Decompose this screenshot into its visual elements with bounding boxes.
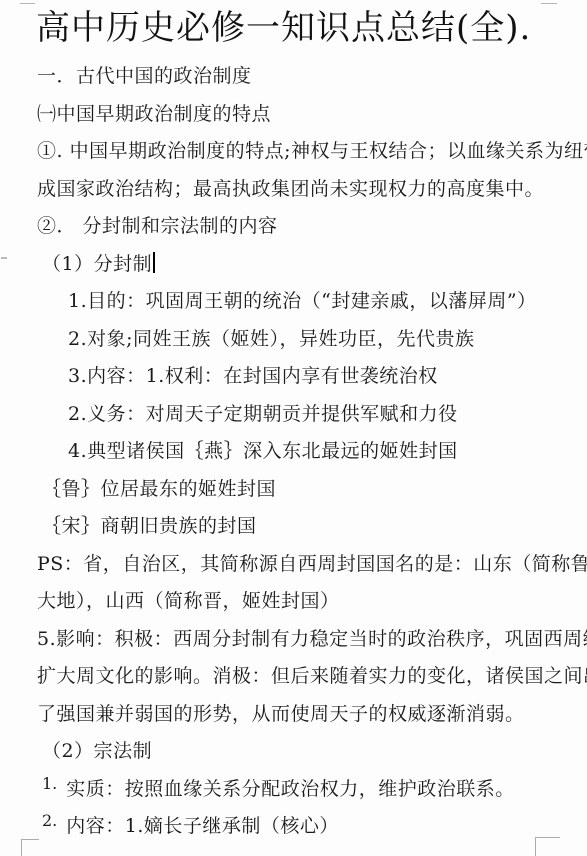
doc-line[interactable]: ｛宋｝商朝旧贵族的封国	[42, 506, 583, 544]
text-boundary-mark-bottom-right	[535, 837, 560, 856]
doc-line[interactable]: 1.实质：按照血缘关系分配政治权力，维护政治联系。	[42, 769, 583, 807]
doc-line-text: 2.对象;同姓王族（姬姓），异姓功臣，先代贵族	[68, 324, 475, 351]
doc-line[interactable]: 4.典型诸侯国｛燕｝深入东北最远的姬姓封国	[68, 431, 583, 469]
stray-mark	[1, 257, 7, 259]
doc-line[interactable]: 5.影响：积极：西周分封制有力稳定当时的政治秩序，巩固西周统治，	[37, 619, 583, 657]
doc-line-text: ①. 中国早期政治制度的特点;神权与王权结合；以血缘关系为纽带形	[37, 136, 587, 163]
doc-line-text: 2.义务：对周天子定期朝贡并提供军赋和力役	[68, 399, 458, 426]
doc-line[interactable]: 2.对象;同姓王族（姬姓），异姓功臣，先代贵族	[68, 319, 583, 357]
doc-line-text: 3.内容：1.权利：在封国内享有世袭统治权	[68, 361, 438, 388]
doc-line-text: 扩大周文化的影响。消极：但后来随着实力的变化，诸侯国之间出现	[37, 661, 587, 688]
doc-line-text: 内容：1.嫡长子继承制（核心）	[66, 811, 339, 838]
doc-line-text: PS：省，自治区，其简称源自西周封国国名的是：山东（简称鲁齐鲁	[37, 549, 587, 576]
doc-line[interactable]: ②． 分封制和宗法制的内容	[37, 206, 583, 244]
doc-line[interactable]: 1.目的：巩固周王朝的统治（“封建亲戚，以藩屏周”）	[68, 281, 583, 319]
document-title-text: 高中历史必修一知识点总结(全).	[36, 8, 531, 48]
doc-line-text: 4.典型诸侯国｛燕｝深入东北最远的姬姓封国	[68, 436, 458, 463]
doc-line-text: （1）分封制	[42, 249, 152, 276]
doc-line-text: 5.影响：积极：西周分封制有力稳定当时的政治秩序，巩固西周统治，	[37, 624, 587, 651]
doc-line[interactable]: 大地），山西（简称晋，姬姓封国）	[37, 581, 583, 619]
doc-line[interactable]: 2.内容：1.嫡长子继承制（核心）	[42, 806, 583, 844]
list-number: 1.	[42, 774, 57, 793]
doc-line[interactable]: 2.义务：对周天子定期朝贡并提供军赋和力役	[68, 394, 583, 432]
doc-line[interactable]: ㈠中国早期政治制度的特点	[37, 94, 583, 132]
doc-line[interactable]: ｛鲁｝位居最东的姬姓封国	[42, 469, 583, 507]
text-boundary-mark-top-left	[20, 0, 35, 4]
doc-line-text: 大地），山西（简称晋，姬姓封国）	[37, 586, 340, 613]
doc-line[interactable]: 了强国兼并弱国的形势，从而使周天子的权威逐渐消弱。	[37, 694, 583, 732]
doc-line-text: ㈠中国早期政治制度的特点	[37, 99, 271, 126]
text-boundary-mark-bottom-left	[21, 839, 39, 856]
doc-line-text: （2）宗法制	[42, 736, 152, 763]
text-cursor	[153, 252, 155, 273]
doc-line[interactable]: 扩大周文化的影响。消极：但后来随着实力的变化，诸侯国之间出现	[37, 656, 583, 694]
doc-line-text: 一．古代中国的政治制度	[37, 61, 252, 88]
document-title[interactable]: 高中历史必修一知识点总结(全).	[36, 5, 567, 51]
doc-line-text: ｛宋｝商朝旧贵族的封国	[42, 511, 257, 538]
doc-line[interactable]: ①. 中国早期政治制度的特点;神权与王权结合；以血缘关系为纽带形	[37, 131, 583, 169]
text-boundary-mark-top-right	[541, 0, 557, 4]
doc-line[interactable]: （1）分封制	[42, 244, 583, 282]
doc-line-text: 实质：按照血缘关系分配政治权力，维护政治联系。	[66, 774, 515, 801]
list-number: 2.	[42, 811, 57, 830]
document-page[interactable]: 高中历史必修一知识点总结(全). 一．古代中国的政治制度 ㈠中国早期政治制度的特…	[0, 0, 587, 856]
doc-line[interactable]: 3.内容：1.权利：在封国内享有世袭统治权	[68, 356, 583, 394]
doc-line[interactable]: 一．古代中国的政治制度	[37, 56, 583, 94]
doc-line-text: ②． 分封制和宗法制的内容	[37, 211, 278, 238]
document-body[interactable]: 一．古代中国的政治制度 ㈠中国早期政治制度的特点 ①. 中国早期政治制度的特点;…	[37, 56, 583, 844]
doc-line-text: 了强国兼并弱国的形势，从而使周天子的权威逐渐消弱。	[37, 699, 525, 726]
doc-line[interactable]: PS：省，自治区，其简称源自西周封国国名的是：山东（简称鲁齐鲁	[37, 544, 583, 582]
doc-line[interactable]: （2）宗法制	[42, 731, 583, 769]
doc-line[interactable]: 成国家政治结构；最高执政集团尚未实现权力的高度集中。	[37, 169, 583, 207]
doc-line-text: 成国家政治结构；最高执政集团尚未实现权力的高度集中。	[37, 174, 544, 201]
doc-line-text: ｛鲁｝位居最东的姬姓封国	[42, 474, 276, 501]
doc-line-text: 1.目的：巩固周王朝的统治（“封建亲戚，以藩屏周”）	[68, 286, 537, 313]
